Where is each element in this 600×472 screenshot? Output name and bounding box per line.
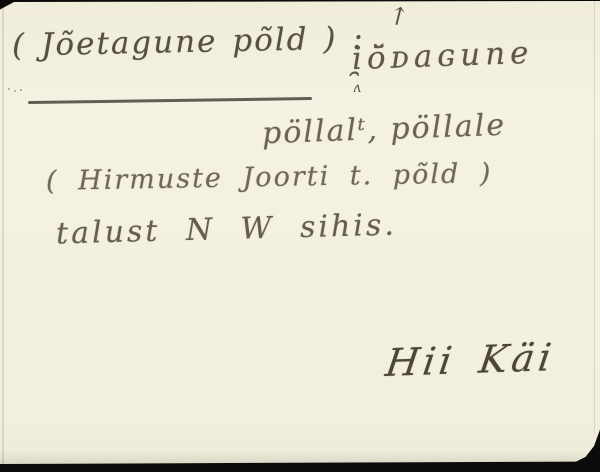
bottom-shadow: [0, 451, 600, 465]
caret-diacritic: ʌ: [353, 80, 361, 96]
pencil-dots: [14, 90, 16, 92]
arrow-diacritic: ↑: [385, 0, 412, 33]
direction-note-line: talust N W sihis.: [56, 208, 398, 252]
phonetic-word: i̯ö̆ᴅaɢune: [351, 35, 534, 77]
parish-signature: Hii Käi: [383, 335, 558, 385]
heading-underline: [28, 97, 312, 104]
pencil-dots: [20, 89, 22, 91]
case-forms-line: pöllalᵗ, pöllale: [261, 108, 506, 151]
source-note-line: ( Hirmuste Joorti t. põld ): [46, 158, 493, 197]
archive-card: ( Jõetagune põld ) : i̯ö̆ᴅaɢune ↑ ʌ pöll…: [0, 0, 600, 472]
pencil-dots: [8, 88, 10, 90]
name-heading: ( Jõetagune põld ) :: [12, 20, 365, 63]
